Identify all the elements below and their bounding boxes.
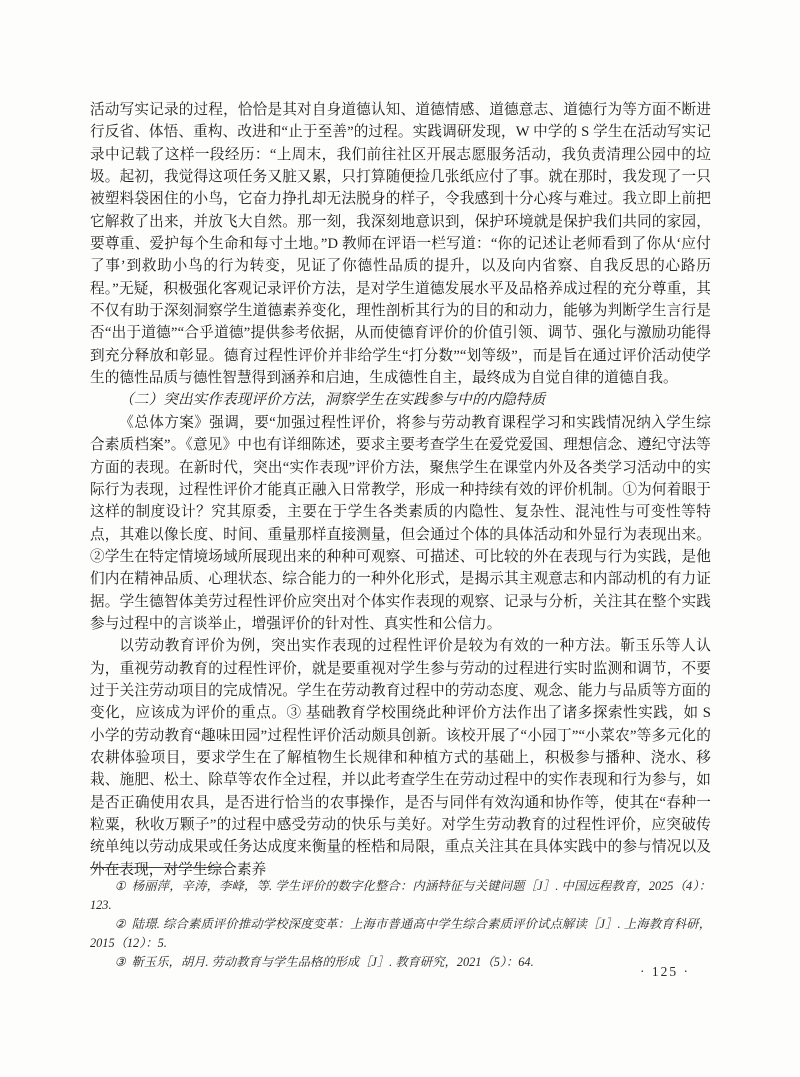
body-paragraph: 以劳动教育评价为例，突出实作表现的过程性评价是较为有效的一种方法。靳玉乐等人认为… xyxy=(90,635,711,881)
footnote: ②陆璟. 综合素质评价推动学校深度变革：上海市普通高中学生综合素质评价试点解读［… xyxy=(90,915,711,953)
body-paragraph-continuation: 活动写实记录的过程，恰恰是其对自身道德认知、道德情感、道德意志、道德行为等方面不… xyxy=(90,99,711,389)
footnote-marker: ③ xyxy=(115,955,126,969)
section-heading: （二）突出实作表现评价方法，洞察学生在实践参与中的内隐特质 xyxy=(90,389,711,411)
footnote-text: 靳玉乐，胡月. 劳动教育与学生品格的形成［J］. 教育研究，2021（5）：64… xyxy=(132,955,534,969)
footnote: ①杨丽萍，辛涛，李峰，等. 学生评价的数字化整合：内涵特征与关键问题［J］. 中… xyxy=(90,877,711,915)
footnote: ③靳玉乐，胡月. 劳动教育与学生品格的形成［J］. 教育研究，2021（5）：6… xyxy=(90,953,711,972)
article-body: 活动写实记录的过程，恰恰是其对自身道德认知、道德情感、道德意志、道德行为等方面不… xyxy=(90,99,711,881)
page-number: · 125 · xyxy=(640,964,690,980)
footnote-text: 杨丽萍，辛涛，李峰，等. 学生评价的数字化整合：内涵特征与关键问题［J］. 中国… xyxy=(90,879,711,912)
journal-page: 活动写实记录的过程，恰恰是其对自身道德认知、道德情感、道德意志、道德行为等方面不… xyxy=(0,0,800,1077)
footnote-marker: ② xyxy=(115,917,126,931)
footnote-block: ①杨丽萍，辛涛，李峰，等. 学生评价的数字化整合：内涵特征与关键问题［J］. 中… xyxy=(90,867,711,972)
footnote-divider xyxy=(90,867,232,868)
footnote-marker: ① xyxy=(115,879,126,893)
footnote-text: 陆璟. 综合素质评价推动学校深度变革：上海市普通高中学生综合素质评价试点解读［J… xyxy=(90,917,711,950)
body-paragraph: 《总体方案》强调，要“加强过程性评价，将参与劳动教育课程学习和实践情况纳入学生综… xyxy=(90,412,711,635)
